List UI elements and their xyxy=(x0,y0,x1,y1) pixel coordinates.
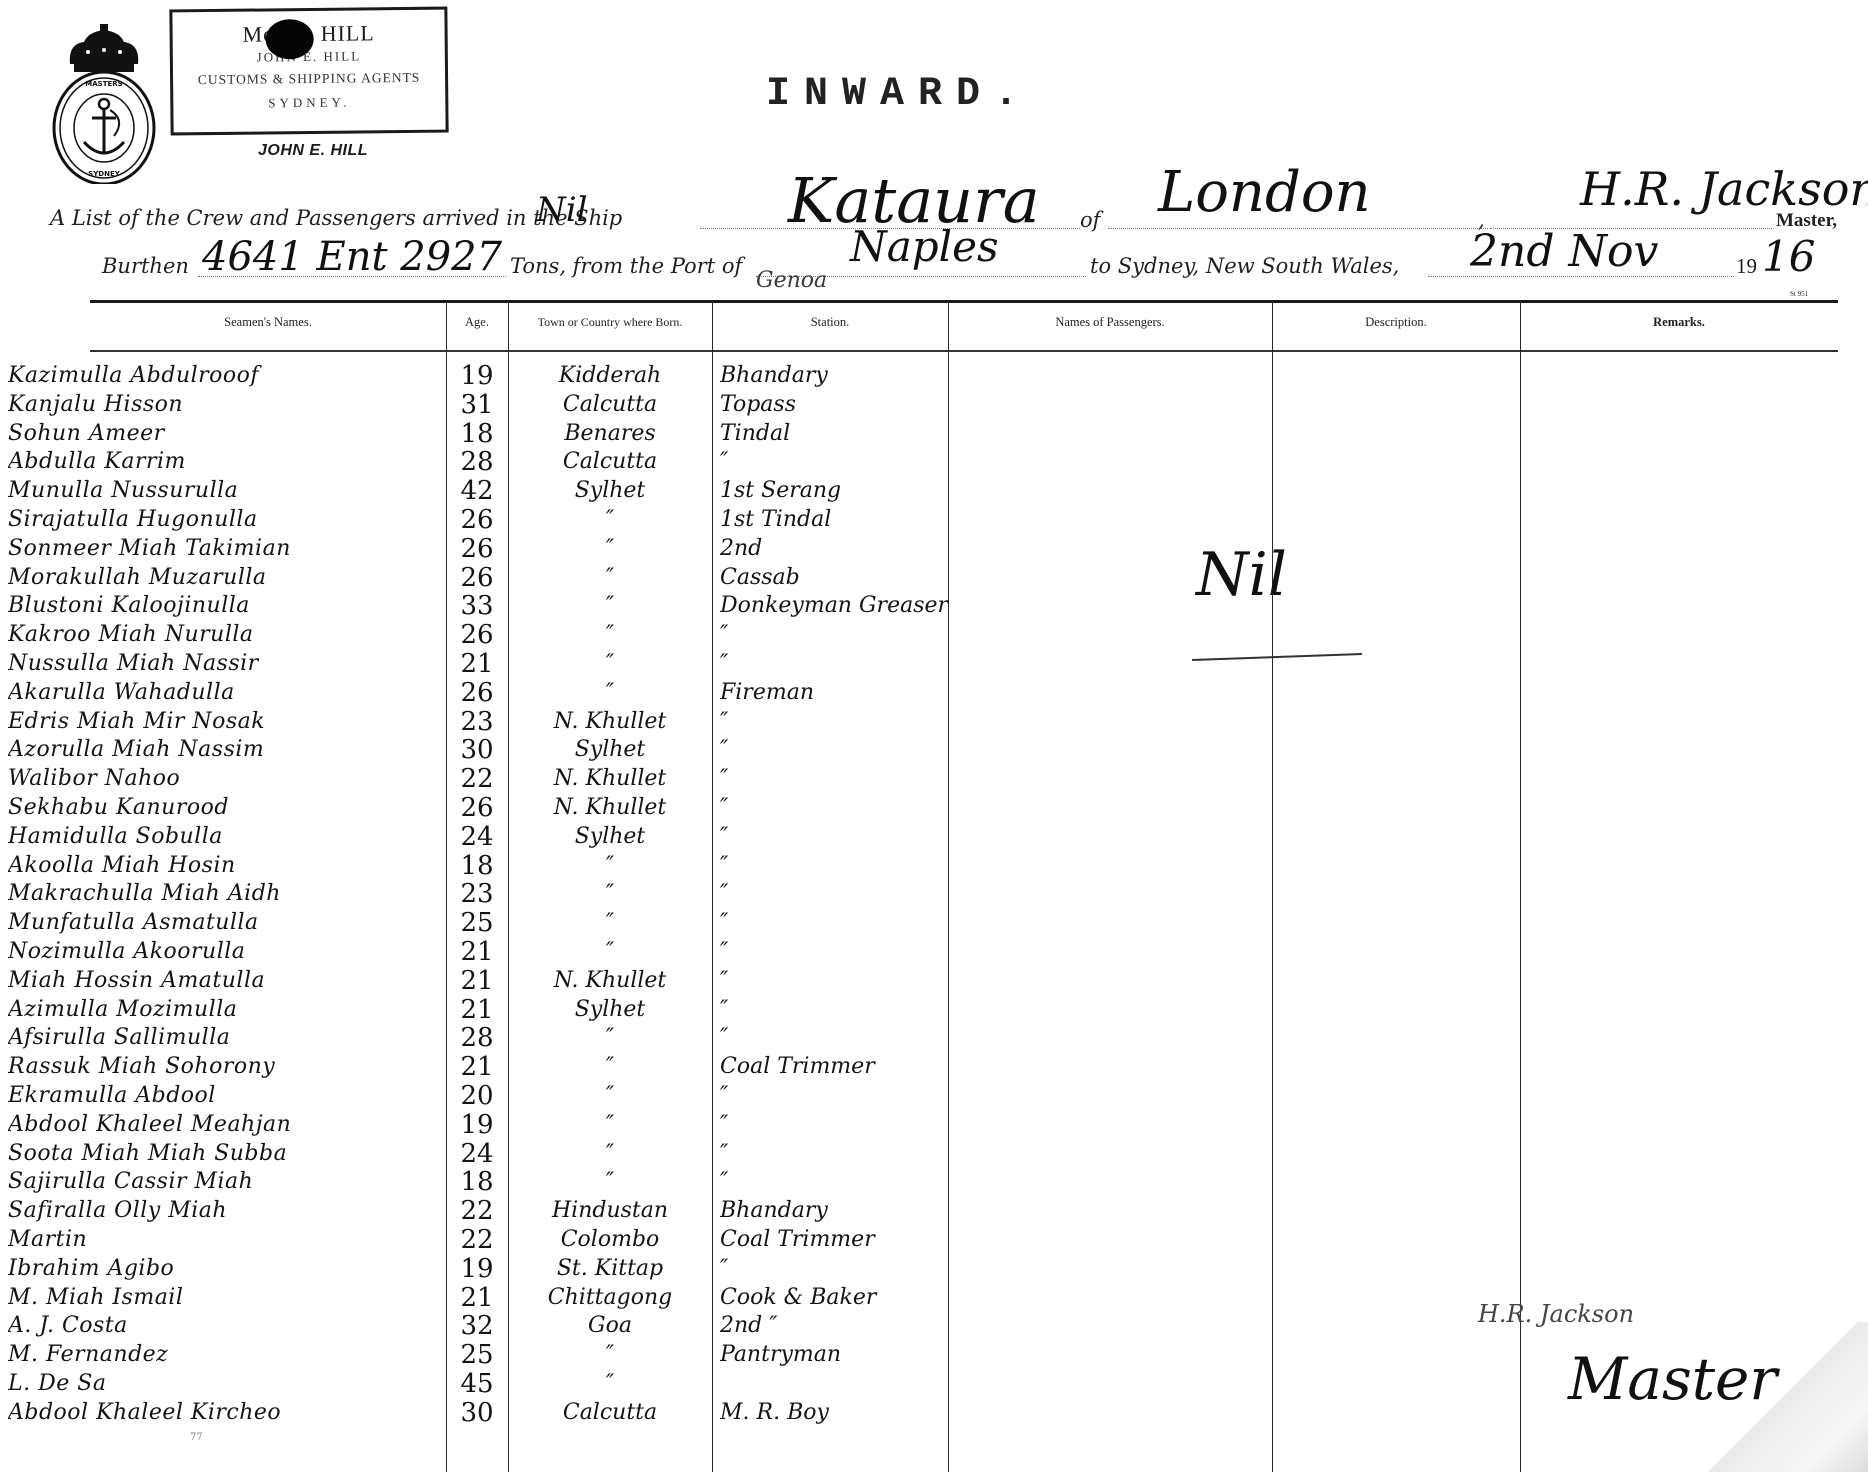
crew-row: Kanjalu Hisson31CalcuttaTopass xyxy=(0,391,1000,420)
burthen-field: 4641 Ent 2927 xyxy=(202,234,502,280)
header-rule-top xyxy=(90,300,1838,303)
header-station: Station. xyxy=(712,315,948,330)
seaman-birthplace: ″ xyxy=(512,650,708,678)
crew-row: Munulla Nussurulla42Sylhet1st Serang xyxy=(0,477,1000,506)
seaman-name: Nozimulla Akoorulla xyxy=(8,938,444,966)
crew-row: Azimulla Mozimulla21Sylhet″ xyxy=(0,996,1000,1025)
of-label: of xyxy=(1080,208,1100,232)
seaman-birthplace: Calcutta xyxy=(512,448,708,476)
seaman-station: Cassab xyxy=(720,564,1000,592)
registry-port-field-line xyxy=(1108,228,1488,229)
seaman-birthplace: Chittagong xyxy=(512,1284,708,1312)
crew-row: Soota Miah Miah Subba24″″ xyxy=(0,1140,1000,1169)
seaman-birthplace: ″ xyxy=(512,880,708,908)
arrived-annotation: Nil xyxy=(536,190,588,230)
seaman-age: 26 xyxy=(448,564,506,592)
seaman-name: M. Miah Ismail xyxy=(8,1284,444,1312)
seaman-birthplace: N. Khullet xyxy=(512,765,708,793)
seaman-birthplace: ″ xyxy=(512,1024,708,1052)
header-rule-bottom xyxy=(90,350,1838,352)
crew-row: Sonmeer Miah Takimian26″2nd xyxy=(0,535,1000,564)
seaman-birthplace: ″ xyxy=(512,592,708,620)
seaman-station: ″ xyxy=(720,1024,1000,1052)
seaman-age: 30 xyxy=(448,1399,506,1427)
seaman-age: 19 xyxy=(448,1111,506,1139)
seaman-station: 2nd ″ xyxy=(720,1312,1000,1340)
seaman-age: 28 xyxy=(448,1024,506,1052)
seaman-age: 30 xyxy=(448,736,506,764)
header-age: Age. xyxy=(446,315,508,330)
seaman-birthplace: ″ xyxy=(512,679,708,707)
crew-row: A. J. Costa32Goa2nd ″ xyxy=(0,1312,1000,1341)
seaman-name: Ibrahim Agibo xyxy=(8,1255,444,1283)
document-title: INWARD. xyxy=(766,72,1032,117)
header-seamen-names: Seamen's Names. xyxy=(90,315,446,330)
crew-row: L. De Sa45″ xyxy=(0,1370,1000,1399)
crew-row: Ekramulla Abdool20″″ xyxy=(0,1082,1000,1111)
seaman-age: 28 xyxy=(448,448,506,476)
crew-row: Sekhabu Kanurood26N. Khullet″ xyxy=(0,794,1000,823)
svg-text:MASTERS: MASTERS xyxy=(85,80,122,88)
seaman-name: Miah Hossin Amatulla xyxy=(8,967,444,995)
crew-row: Afsirulla Sallimulla28″″ xyxy=(0,1024,1000,1053)
seaman-age: 18 xyxy=(448,852,506,880)
header-remarks: Remarks. xyxy=(1520,315,1838,330)
crew-row: Abdool Khaleel Kircheo30CalcuttaM. R. Bo… xyxy=(0,1399,1000,1428)
seaman-birthplace: Calcutta xyxy=(512,391,708,419)
shipping-masters-emblem: MASTERS SYDNEY xyxy=(48,24,160,184)
seaman-birthplace: N. Khullet xyxy=(512,794,708,822)
seaman-birthplace: ″ xyxy=(512,564,708,592)
seaman-station: M. R. Boy xyxy=(720,1399,1000,1427)
seaman-name: Morakullah Muzarulla xyxy=(8,564,444,592)
seaman-station: ″ xyxy=(720,708,1000,736)
seaman-birthplace: Calcutta xyxy=(512,1399,708,1427)
seaman-age: 25 xyxy=(448,909,506,937)
seaman-birthplace: ″ xyxy=(512,1168,708,1196)
crew-row: M. Fernandez25″Pantryman xyxy=(0,1341,1000,1370)
crew-row: Morakullah Muzarulla26″Cassab xyxy=(0,564,1000,593)
seaman-name: Hamidulla Sobulla xyxy=(8,823,444,851)
seaman-age: 25 xyxy=(448,1341,506,1369)
seaman-station: ″ xyxy=(720,1255,1000,1283)
seaman-name: Sajirulla Cassir Miah xyxy=(8,1168,444,1196)
seaman-name: Akoolla Miah Hosin xyxy=(8,852,444,880)
seaman-station: 1st Tindal xyxy=(720,506,1000,534)
crew-row: Kakroo Miah Nurulla26″″ xyxy=(0,621,1000,650)
seaman-station: ″ xyxy=(720,852,1000,880)
seaman-name: Azimulla Mozimulla xyxy=(8,996,444,1024)
seaman-name: Akarulla Wahadulla xyxy=(8,679,444,707)
crew-row: Sajirulla Cassir Miah18″″ xyxy=(0,1168,1000,1197)
seaman-age: 42 xyxy=(448,477,506,505)
seaman-station: Coal Trimmer xyxy=(720,1053,1000,1081)
burthen-label: Burthen xyxy=(102,254,189,278)
seaman-birthplace: ″ xyxy=(512,852,708,880)
seaman-station: Bhandary xyxy=(720,362,1000,390)
header-born: Town or Country where Born. xyxy=(508,315,712,330)
stamp-signature: JOHN E. HILL xyxy=(258,142,368,160)
seaman-birthplace: ″ xyxy=(512,1082,708,1110)
seaman-name: Afsirulla Sallimulla xyxy=(8,1024,444,1052)
crew-row: Kazimulla Abdulrooof19KidderahBhandary xyxy=(0,362,1000,391)
seaman-birthplace: ″ xyxy=(512,938,708,966)
seaman-station: ″ xyxy=(720,938,1000,966)
seaman-station: Fireman xyxy=(720,679,1000,707)
crew-row: Azorulla Miah Nassim30Sylhet″ xyxy=(0,736,1000,765)
seaman-station: Pantryman xyxy=(720,1341,1000,1369)
crew-row: Abdulla Karrim28Calcutta″ xyxy=(0,448,1000,477)
date-field: 2nd Nov xyxy=(1470,226,1658,277)
seaman-birthplace: N. Khullet xyxy=(512,967,708,995)
seaman-birthplace: ″ xyxy=(512,1370,708,1398)
stamp-city: SYDNEY. xyxy=(173,94,445,113)
stamp-agent-type: CUSTOMS & SHIPPING AGENTS xyxy=(173,70,445,89)
seaman-age: 33 xyxy=(448,592,506,620)
crew-row: Walibor Nahoo22N. Khullet″ xyxy=(0,765,1000,794)
seaman-age: 21 xyxy=(448,1284,506,1312)
seaman-birthplace: Benares xyxy=(512,420,708,448)
seaman-station: ″ xyxy=(720,880,1000,908)
svg-text:SYDNEY: SYDNEY xyxy=(88,170,121,178)
crew-row: Ibrahim Agibo19St. Kittap″ xyxy=(0,1255,1000,1284)
seaman-station: ″ xyxy=(720,823,1000,851)
seaman-station: 1st Serang xyxy=(720,477,1000,505)
seaman-station: 2nd xyxy=(720,535,1000,563)
passengers-nil: Nil xyxy=(1196,540,1287,610)
seaman-age: 26 xyxy=(448,535,506,563)
master-name-field: H.R. Jackson xyxy=(1580,162,1868,216)
crew-row: Hamidulla Sobulla24Sylhet″ xyxy=(0,823,1000,852)
seaman-name: Safiralla Olly Miah xyxy=(8,1197,444,1225)
seaman-name: A. J. Costa xyxy=(8,1312,444,1340)
year-suffix: 16 xyxy=(1762,232,1815,281)
seaman-station: Bhandary xyxy=(720,1197,1000,1225)
seaman-birthplace: N. Khullet xyxy=(512,708,708,736)
crew-row: Sohun Ameer18BenaresTindal xyxy=(0,420,1000,449)
crew-row: Martin22ColomboCoal Trimmer xyxy=(0,1226,1000,1255)
seaman-station: Topass xyxy=(720,391,1000,419)
seaman-name: Abdulla Karrim xyxy=(8,448,444,476)
from-port-field: Naples xyxy=(850,222,999,271)
seaman-age: 31 xyxy=(448,391,506,419)
seaman-birthplace: ″ xyxy=(512,1111,708,1139)
seaman-name: Kakroo Miah Nurulla xyxy=(8,621,444,649)
crew-row: Nozimulla Akoorulla21″″ xyxy=(0,938,1000,967)
seaman-name: Soota Miah Miah Subba xyxy=(8,1140,444,1168)
seaman-station: ″ xyxy=(720,909,1000,937)
seaman-station: Coal Trimmer xyxy=(720,1226,1000,1254)
column-divider xyxy=(1520,302,1521,1472)
seaman-age: 21 xyxy=(448,650,506,678)
seaman-name: Munulla Nussurulla xyxy=(8,477,444,505)
seaman-station: ″ xyxy=(720,736,1000,764)
seaman-station: ″ xyxy=(720,1111,1000,1139)
seaman-age: 23 xyxy=(448,708,506,736)
seaman-age: 26 xyxy=(448,679,506,707)
seaman-name: Sirajatulla Hugonulla xyxy=(8,506,444,534)
crew-row: Abdool Khaleel Meahjan19″″ xyxy=(0,1111,1000,1140)
seaman-station: ″ xyxy=(720,967,1000,995)
to-sydney-label: to Sydney, New South Wales, xyxy=(1090,254,1399,278)
seaman-age: 45 xyxy=(448,1370,506,1398)
form-number: St 951 xyxy=(1790,290,1808,298)
header-passengers: Names of Passengers. xyxy=(948,315,1272,330)
tons-from-port-label: Tons, from the Port of xyxy=(510,254,742,278)
seaman-name: Azorulla Miah Nassim xyxy=(8,736,444,764)
from-port-alt: Genoa xyxy=(756,268,827,293)
crew-row: Munfatulla Asmatulla25″″ xyxy=(0,909,1000,938)
crew-row: Miah Hossin Amatulla21N. Khullet″ xyxy=(0,967,1000,996)
seaman-birthplace: ″ xyxy=(512,909,708,937)
crew-row: Safiralla Olly Miah22HindustanBhandary xyxy=(0,1197,1000,1226)
seaman-station: ″ xyxy=(720,448,1000,476)
seaman-name: Rassuk Miah Sohorony xyxy=(8,1053,444,1081)
seaman-station: ″ xyxy=(720,1168,1000,1196)
seaman-name: Sohun Ameer xyxy=(8,420,444,448)
master-signature-name: H.R. Jackson xyxy=(1478,1300,1634,1328)
seaman-age: 21 xyxy=(448,938,506,966)
crew-row: Blustoni Kaloojinulla33″Donkeyman Grease… xyxy=(0,592,1000,621)
seaman-name: M. Fernandez xyxy=(8,1341,444,1369)
column-divider xyxy=(1272,302,1273,1472)
seaman-age: 20 xyxy=(448,1082,506,1110)
seaman-station: ″ xyxy=(720,996,1000,1024)
seaman-age: 21 xyxy=(448,1053,506,1081)
seaman-birthplace: Colombo xyxy=(512,1226,708,1254)
crew-row: Rassuk Miah Sohorony21″Coal Trimmer xyxy=(0,1053,1000,1082)
seaman-name: Kanjalu Hisson xyxy=(8,391,444,419)
seaman-birthplace: Sylhet xyxy=(512,477,708,505)
seaman-name: Kazimulla Abdulrooof xyxy=(8,362,444,390)
seaman-station: ″ xyxy=(720,765,1000,793)
crew-row: Akarulla Wahadulla26″Fireman xyxy=(0,679,1000,708)
seaman-birthplace: ″ xyxy=(512,506,708,534)
seaman-age: 24 xyxy=(448,1140,506,1168)
seaman-age: 24 xyxy=(448,823,506,851)
seaman-name: Walibor Nahoo xyxy=(8,765,444,793)
seaman-name: Nussulla Miah Nassir xyxy=(8,650,444,678)
crew-row: Akoolla Miah Hosin18″″ xyxy=(0,852,1000,881)
anchor-crown-badge-icon: MASTERS SYDNEY xyxy=(48,24,160,184)
seaman-station: ″ xyxy=(720,650,1000,678)
seaman-station: ″ xyxy=(720,1140,1000,1168)
seaman-birthplace: Sylhet xyxy=(512,736,708,764)
crew-row: Edris Miah Mir Nosak23N. Khullet″ xyxy=(0,708,1000,737)
seaman-birthplace: Sylhet xyxy=(512,823,708,851)
seaman-name: Martin xyxy=(8,1226,444,1254)
crew-row: M. Miah Ismail21ChittagongCook & Baker xyxy=(0,1284,1000,1313)
seaman-age: 23 xyxy=(448,880,506,908)
seaman-station: Donkeyman Greaser xyxy=(720,592,1000,620)
seaman-station: ″ xyxy=(720,1082,1000,1110)
folded-page-corner xyxy=(1698,1322,1868,1472)
header-description: Description. xyxy=(1272,315,1520,330)
seaman-station: Cook & Baker xyxy=(720,1284,1000,1312)
year-prefix: 19 xyxy=(1736,254,1757,279)
seaman-name: Sonmeer Miah Takimian xyxy=(8,535,444,563)
seaman-age: 32 xyxy=(448,1312,506,1340)
seaman-station: ″ xyxy=(720,621,1000,649)
crew-row: Nussulla Miah Nassir21″″ xyxy=(0,650,1000,679)
seaman-age: 19 xyxy=(448,362,506,390)
seaman-birthplace: Kidderah xyxy=(512,362,708,390)
seaman-name: Ekramulla Abdool xyxy=(8,1082,444,1110)
agent-stamp: McC & HILL JOHN E. HILL CUSTOMS & SHIPPI… xyxy=(169,7,448,136)
seaman-birthplace: ″ xyxy=(512,621,708,649)
seaman-name: Abdool Khaleel Meahjan xyxy=(8,1111,444,1139)
seaman-age: 19 xyxy=(448,1255,506,1283)
seaman-birthplace: Goa xyxy=(512,1312,708,1340)
stray-pencil-mark: 77 xyxy=(190,1432,203,1443)
crew-row: Makrachulla Miah Aidh23″″ xyxy=(0,880,1000,909)
seaman-name: L. De Sa xyxy=(8,1370,444,1398)
seaman-age: 26 xyxy=(448,621,506,649)
seaman-age: 18 xyxy=(448,420,506,448)
seaman-age: 21 xyxy=(448,967,506,995)
seaman-birthplace: Hindustan xyxy=(512,1197,708,1225)
seaman-birthplace: St. Kittap xyxy=(512,1255,708,1283)
seaman-name: Makrachulla Miah Aidh xyxy=(8,880,444,908)
seaman-name: Edris Miah Mir Nosak xyxy=(8,708,444,736)
master-label: Master, xyxy=(1776,210,1837,232)
seaman-age: 18 xyxy=(448,1168,506,1196)
seaman-birthplace: ″ xyxy=(512,1053,708,1081)
seaman-age: 22 xyxy=(448,765,506,793)
seaman-birthplace: Sylhet xyxy=(512,996,708,1024)
registry-port-field: London xyxy=(1158,160,1371,225)
seaman-age: 22 xyxy=(448,1197,506,1225)
seaman-age: 26 xyxy=(448,506,506,534)
seaman-birthplace: ″ xyxy=(512,1140,708,1168)
seaman-name: Munfatulla Asmatulla xyxy=(8,909,444,937)
seaman-name: Blustoni Kaloojinulla xyxy=(8,592,444,620)
seaman-birthplace: ″ xyxy=(512,535,708,563)
crew-row: Sirajatulla Hugonulla26″1st Tindal xyxy=(0,506,1000,535)
seaman-birthplace: ″ xyxy=(512,1341,708,1369)
seaman-age: 21 xyxy=(448,996,506,1024)
seaman-name: Sekhabu Kanurood xyxy=(8,794,444,822)
seaman-age: 26 xyxy=(448,794,506,822)
seaman-age: 22 xyxy=(448,1226,506,1254)
seaman-name: Abdool Khaleel Kircheo xyxy=(8,1399,444,1427)
nil-underline xyxy=(1192,653,1362,661)
seaman-station: ″ xyxy=(720,794,1000,822)
seaman-station: Tindal xyxy=(720,420,1000,448)
